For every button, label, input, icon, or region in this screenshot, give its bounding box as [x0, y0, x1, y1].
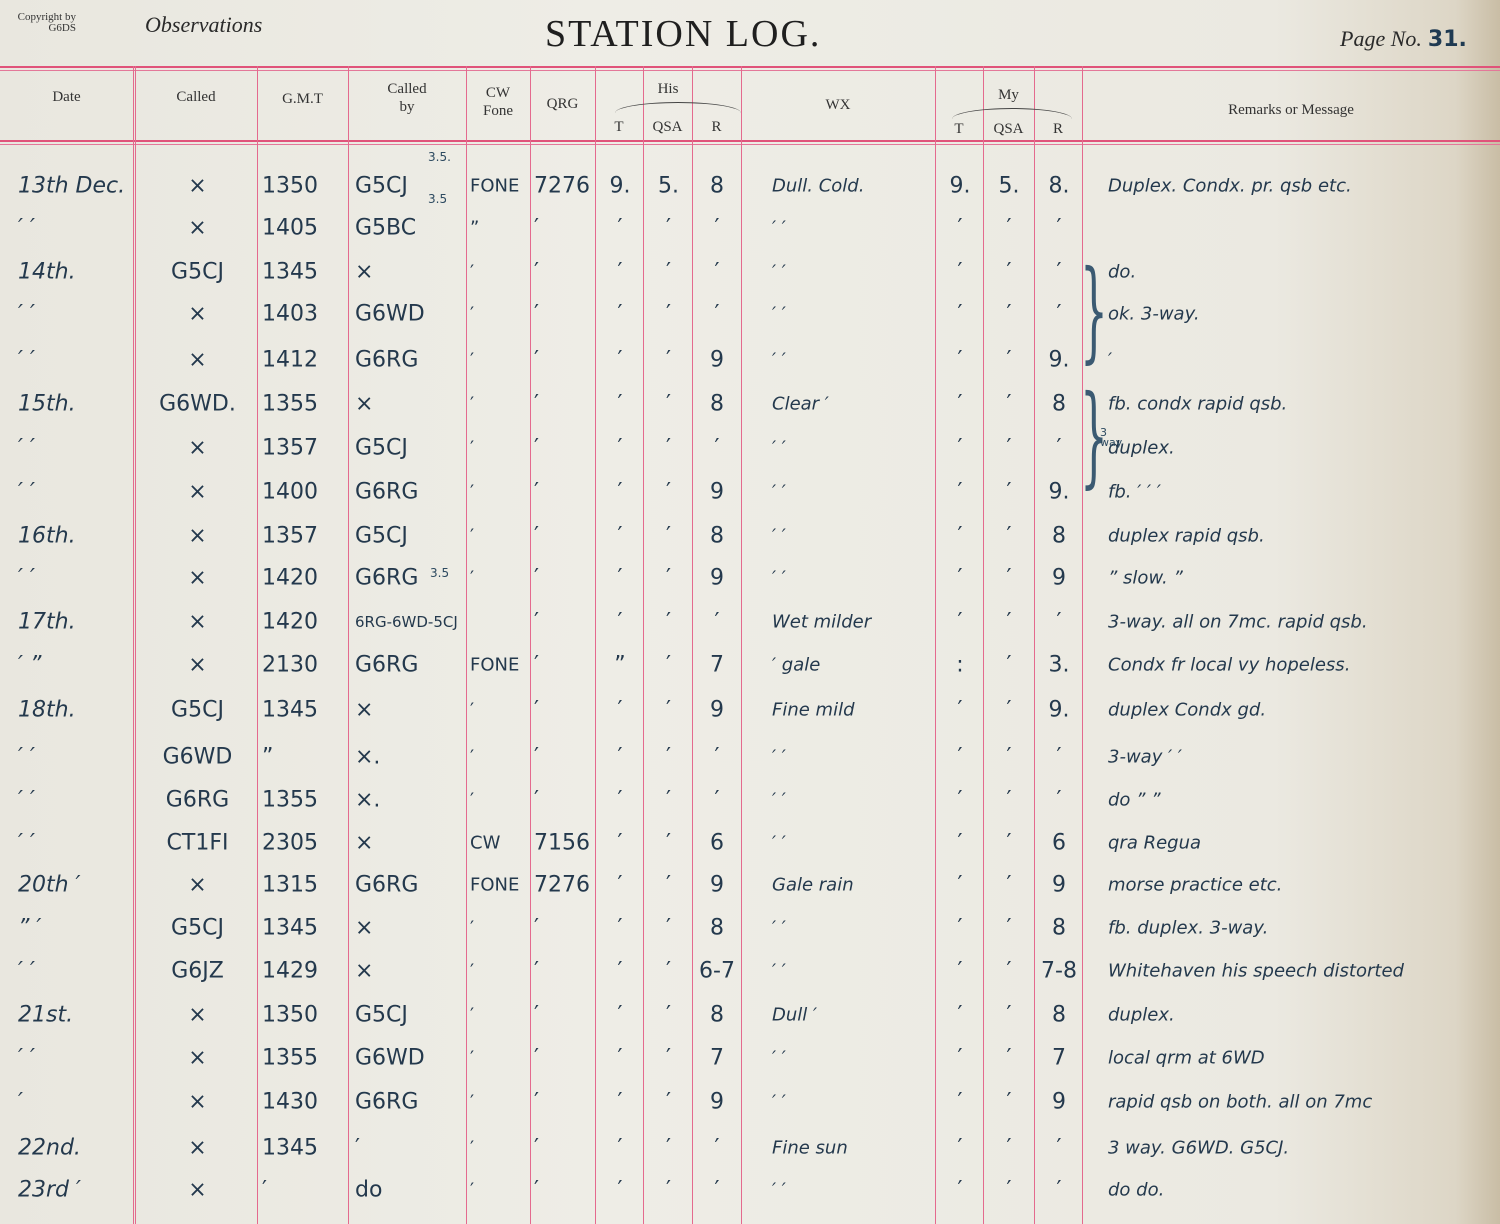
header-top-rule: [0, 66, 1500, 68]
cell-date: ′ ′: [18, 745, 35, 770]
cell-qrg: ′: [534, 959, 539, 984]
cell-gmt: 1357: [262, 524, 318, 549]
cell-remarks: qra Regua: [1108, 833, 1201, 854]
cell-wx: Fine sun: [772, 1138, 848, 1159]
cell-my-t: ′: [937, 610, 983, 635]
cell-my-r: 9.: [1036, 348, 1082, 373]
cell-remarks: duplex Condx gd.: [1108, 700, 1266, 721]
cell-date: 15th.: [18, 392, 76, 417]
cell-gmt: 1357: [262, 436, 318, 461]
cell-my-qsa: ′: [985, 1046, 1033, 1071]
cell-mode: ′: [470, 1005, 474, 1026]
cell-my-r: 3.: [1036, 653, 1082, 678]
col-divider: [692, 66, 693, 1224]
cell-qrg: ′: [534, 788, 539, 813]
cell-his-t: ′: [597, 348, 643, 373]
cell-his-qsa: ′: [645, 873, 692, 898]
page-number: Page No.31.: [1340, 26, 1467, 52]
cell-mode: CW: [470, 833, 500, 854]
col-header-qrg: QRG: [530, 95, 595, 113]
cell-his-qsa: ′: [645, 260, 692, 285]
cell-his-qsa: ′: [645, 348, 692, 373]
cell-his-t: ′: [597, 698, 643, 723]
col-header-called-by-line2: by: [348, 98, 466, 116]
cell-my-r: ′: [1036, 436, 1082, 461]
cell-gmt: 1403: [262, 302, 318, 327]
cell-qrg: ′: [534, 436, 539, 461]
cell-my-t: ′: [937, 959, 983, 984]
cell-his-r: ′: [694, 216, 740, 241]
cell-his-qsa: ′: [645, 916, 692, 941]
cell-my-t: ′: [937, 873, 983, 898]
cell-called-by: ×.: [355, 788, 380, 813]
cell-called-by: G6RG: [355, 1090, 418, 1115]
cell-his-qsa: ′: [645, 653, 692, 678]
cell-qrg: ′: [534, 1178, 539, 1203]
cell-wx: ′ ′: [772, 350, 786, 371]
cell-his-qsa: ′: [645, 610, 692, 635]
cell-date: 16th.: [18, 524, 76, 549]
copyright-notice: Copyright by G6DS: [14, 12, 76, 34]
cell-called-by: G5CJ: [355, 524, 408, 549]
cell-wx: Clear ′: [772, 394, 829, 415]
cell-wx: ′ ′: [772, 262, 786, 283]
col-header-his-qsa: QSA: [643, 118, 692, 136]
cell-my-r: ′: [1036, 302, 1082, 327]
cell-date: ′ ′: [18, 302, 35, 327]
cell-wx: ′ ′: [772, 438, 786, 459]
cell-my-qsa: ′: [985, 610, 1033, 635]
col-header-his-r: R: [692, 118, 741, 136]
cell-his-r: 9: [694, 873, 740, 898]
cell-his-qsa: ′: [645, 745, 692, 770]
cell-his-r: 8: [694, 524, 740, 549]
cell-his-t: ′: [597, 392, 643, 417]
cell-gmt: 1350: [262, 174, 318, 199]
cell-called-by: G5CJ: [355, 436, 408, 461]
cell-his-r: 6-7: [694, 959, 740, 984]
cell-qrg: ′: [534, 1136, 539, 1161]
cell-called-by: G6RG: [355, 566, 418, 591]
cell-mode: ′: [470, 747, 474, 768]
cell-date: 22nd.: [18, 1136, 81, 1161]
cell-gmt: ′: [262, 1178, 267, 1203]
cell-date: ′ ′: [18, 959, 35, 984]
cell-his-r: 8: [694, 916, 740, 941]
cell-wx: ′ ′: [772, 790, 786, 811]
cell-called-by: 6RG-6WD-5CJ: [355, 613, 458, 631]
cell-date: ′ ′: [18, 436, 35, 461]
cell-date: ′ ′: [18, 1046, 35, 1071]
cell-his-r: 8: [694, 1003, 740, 1028]
cell-qrg: ′: [534, 392, 539, 417]
cell-remarks: 3 way. G6WD. G5CJ.: [1108, 1138, 1289, 1159]
cell-date: 18th.: [18, 698, 76, 723]
cell-called: ×: [140, 610, 255, 635]
cell-remarks: duplex.: [1108, 1005, 1175, 1026]
cell-his-qsa: ′: [645, 302, 692, 327]
cell-remarks: Whitehaven his speech distorted: [1108, 961, 1404, 982]
cell-my-qsa: ′: [985, 1178, 1033, 1203]
cell-my-qsa: ′: [985, 1090, 1033, 1115]
cell-date: 21st.: [18, 1003, 73, 1028]
cell-his-qsa: ′: [645, 392, 692, 417]
cell-called-by: ×: [355, 260, 373, 285]
cell-qrg: 7276: [534, 174, 590, 199]
cell-qrg: ′: [534, 698, 539, 723]
cell-my-r: 9: [1036, 566, 1082, 591]
cell-his-qsa: ′: [645, 831, 692, 856]
cell-date: ′ ′: [18, 348, 35, 373]
cell-called: ×: [140, 524, 255, 549]
cell-mode: FONE: [470, 875, 519, 896]
cell-my-t: ′: [937, 916, 983, 941]
cell-called-by: G6WD: [355, 1046, 425, 1071]
cell-remarks: fb. ′ ′ ′: [1108, 482, 1161, 503]
cell-my-r: ′: [1036, 610, 1082, 635]
cell-my-qsa: ′: [985, 260, 1033, 285]
col-divider: [348, 66, 349, 1224]
cell-my-qsa: ′: [985, 831, 1033, 856]
cell-my-qsa: ′: [985, 348, 1033, 373]
cell-his-r: 8: [694, 174, 740, 199]
cell-his-r: 9: [694, 1090, 740, 1115]
cell-gmt: 2305: [262, 831, 318, 856]
cell-my-qsa: ′: [985, 436, 1033, 461]
cell-his-r: ′: [694, 436, 740, 461]
cell-his-qsa: ′: [645, 959, 692, 984]
cell-my-qsa: ′: [985, 566, 1033, 591]
cell-his-qsa: ′: [645, 1046, 692, 1071]
cell-mode: FONE: [470, 176, 519, 197]
col-header-my: My: [935, 86, 1082, 104]
cell-his-t: ′: [597, 610, 643, 635]
cell-date: ′ ”: [18, 653, 41, 678]
cell-his-r: 8: [694, 392, 740, 417]
cell-gmt: 1355: [262, 1046, 318, 1071]
col-divider: [257, 66, 258, 1224]
cell-mode: ′: [470, 350, 474, 371]
cell-my-t: ′: [937, 1136, 983, 1161]
cell-his-r: ′: [694, 610, 740, 635]
cell-mode: ′: [470, 304, 474, 325]
cell-his-r: ′: [694, 745, 740, 770]
cell-his-r: 9: [694, 566, 740, 591]
col-header-date: Date: [0, 88, 133, 106]
cell-qrg: ′: [534, 1046, 539, 1071]
cell-gmt: 1345: [262, 916, 318, 941]
cell-his-qsa: ′: [645, 524, 692, 549]
cell-date: ′ ′: [18, 480, 35, 505]
cell-my-t: ′: [937, 302, 983, 327]
cell-my-t: ′: [937, 260, 983, 285]
col-divider: [935, 66, 936, 1224]
cell-his-r: ′: [694, 260, 740, 285]
cell-called: ×: [140, 348, 255, 373]
cell-qrg: ′: [534, 653, 539, 678]
cell-gmt: 1355: [262, 392, 318, 417]
cell-called-by: G6RG: [355, 653, 418, 678]
cell-my-t: ′: [937, 788, 983, 813]
col-divider: [983, 66, 984, 1224]
cell-gmt: 1350: [262, 1003, 318, 1028]
cell-his-t: 9.: [597, 174, 643, 199]
header-top-rule-2: [0, 70, 1500, 71]
cell-my-t: ′: [937, 1090, 983, 1115]
cell-date: ′: [18, 1090, 23, 1115]
cell-my-t: ′: [937, 1003, 983, 1028]
cell-my-r: 7-8: [1036, 959, 1082, 984]
cell-gmt: 1315: [262, 873, 318, 898]
cell-mode: ′: [470, 1138, 474, 1159]
cell-date: ′ ′: [18, 216, 35, 241]
cell-wx: ′ ′: [772, 747, 786, 768]
cell-his-qsa: ′: [645, 788, 692, 813]
cell-wx: Fine mild: [772, 700, 855, 721]
cell-remarks: Duplex. Condx. pr. qsb etc.: [1108, 176, 1352, 197]
cell-remarks: local qrm at 6WD: [1108, 1048, 1265, 1069]
cell-wx: ′ ′: [772, 961, 786, 982]
cell-date: ′ ′: [18, 566, 35, 591]
cell-my-t: ′: [937, 216, 983, 241]
cell-my-t: ′: [937, 524, 983, 549]
cell-qrg: ′: [534, 302, 539, 327]
cell-called: G6WD.: [140, 392, 255, 417]
cell-date: 20th ′: [18, 873, 81, 898]
cell-his-t: ′: [597, 480, 643, 505]
cell-wx: ′ ′: [772, 918, 786, 939]
cell-my-t: :: [937, 653, 983, 678]
col-header-his-t: T: [595, 118, 643, 136]
cell-his-t: ′: [597, 524, 643, 549]
cell-mode: ′: [470, 790, 474, 811]
cell-my-qsa: ′: [985, 216, 1033, 241]
cell-date: ′ ′: [18, 831, 35, 856]
cell-mode: ′: [470, 568, 474, 589]
cell-his-qsa: ′: [645, 698, 692, 723]
cell-my-r: 9: [1036, 873, 1082, 898]
cell-called: ×: [140, 216, 255, 241]
cell-called: G6JZ: [140, 959, 255, 984]
cell-my-t: ′: [937, 480, 983, 505]
cell-qrg: ′: [534, 610, 539, 635]
header-bottom-rule-2: [0, 144, 1500, 145]
col-divider: [1082, 66, 1083, 1224]
cell-called: ×: [140, 1046, 255, 1071]
cell-my-qsa: ′: [985, 698, 1033, 723]
cell-called: ×: [140, 436, 255, 461]
cell-remarks: fb. condx rapid qsb.: [1108, 394, 1287, 415]
cell-called-by: G5CJ: [355, 1003, 408, 1028]
cell-his-qsa: ′: [645, 480, 692, 505]
cell-gmt: 1420: [262, 610, 318, 635]
cell-gmt: 1405: [262, 216, 318, 241]
cell-his-t: ′: [597, 436, 643, 461]
cell-gmt: 1429: [262, 959, 318, 984]
cell-wx: ′ ′: [772, 304, 786, 325]
cell-my-qsa: ′: [985, 480, 1033, 505]
cell-called-by: G6RG: [355, 480, 418, 505]
band-note: 3.5.: [428, 150, 451, 164]
cell-remarks: morse practice etc.: [1108, 875, 1282, 896]
cell-my-qsa: ′: [985, 653, 1033, 678]
his-brace: [615, 102, 741, 113]
cell-date: 17th.: [18, 610, 76, 635]
cell-called-by: do: [355, 1178, 382, 1203]
cell-remarks: ” slow. ”: [1108, 568, 1183, 589]
cell-called-by: ×: [355, 959, 373, 984]
cell-mode: ′: [470, 438, 474, 459]
page-number-label: Page No.: [1340, 26, 1422, 51]
cell-called-by: ×: [355, 916, 373, 941]
my-brace: [952, 108, 1072, 119]
cell-wx: Dull. Cold.: [772, 176, 864, 197]
cell-his-qsa: ′: [645, 566, 692, 591]
cell-his-t: ′: [597, 1046, 643, 1071]
cell-his-qsa: ′: [645, 1003, 692, 1028]
cell-wx: ′ ′: [772, 1048, 786, 1069]
cell-called: G6WD: [140, 745, 255, 770]
cell-mode: ′: [470, 482, 474, 503]
page-title: STATION LOG.: [545, 12, 821, 56]
cell-remarks: ′: [1108, 350, 1112, 371]
cell-mode: ′: [470, 700, 474, 721]
cell-qrg: ′: [534, 566, 539, 591]
cell-called: ×: [140, 1178, 255, 1203]
cell-called-by: G6RG: [355, 873, 418, 898]
page-number-value: 31.: [1428, 27, 1467, 52]
cell-my-t: ′: [937, 831, 983, 856]
cell-his-t: ′: [597, 916, 643, 941]
cell-remarks: duplex rapid qsb.: [1108, 526, 1265, 547]
cell-gmt: 1345: [262, 260, 318, 285]
cell-my-qsa: ′: [985, 392, 1033, 417]
cell-his-t: ′: [597, 873, 643, 898]
cell-remarks: rapid qsb on both. all on 7mc: [1108, 1092, 1372, 1113]
cell-qrg: 7276: [534, 873, 590, 898]
cell-my-qsa: ′: [985, 959, 1033, 984]
cell-my-qsa: ′: [985, 788, 1033, 813]
cell-called-by: G6RG: [355, 348, 418, 373]
cell-date: ′ ′: [18, 788, 35, 813]
log-page: Copyright by G6DS Observations STATION L…: [0, 0, 1500, 1224]
band-note: 3.5: [428, 192, 447, 206]
cell-my-r: 6: [1036, 831, 1082, 856]
cell-gmt: 1412: [262, 348, 318, 373]
cell-remarks: do do.: [1108, 1180, 1164, 1201]
cell-my-r: 8: [1036, 1003, 1082, 1028]
col-header-called-by-line1: Called: [348, 80, 466, 98]
cell-my-r: 9.: [1036, 480, 1082, 505]
cell-called: G6RG: [140, 788, 255, 813]
cell-qrg: ′: [534, 480, 539, 505]
cell-my-r: ′: [1036, 788, 1082, 813]
cell-called-by: G5BC: [355, 216, 416, 241]
cell-wx: ′ ′: [772, 482, 786, 503]
cell-remarks: ok. 3-way.: [1108, 304, 1200, 325]
cell-my-t: ′: [937, 745, 983, 770]
cell-my-r: ′: [1036, 260, 1082, 285]
cell-called: ×: [140, 302, 255, 327]
cell-date: 13th Dec.: [18, 174, 125, 199]
cell-gmt: 1355: [262, 788, 318, 813]
cell-his-r: 7: [694, 653, 740, 678]
cell-remarks: fb. duplex. 3-way.: [1108, 918, 1268, 939]
cell-his-t: ′: [597, 831, 643, 856]
col-divider: [133, 66, 136, 1224]
observations-label: Observations: [145, 12, 262, 38]
cell-wx: ′ gale: [772, 655, 820, 676]
brace-note-15th: 3 way: [1100, 428, 1120, 448]
cell-his-t: ′: [597, 302, 643, 327]
cell-my-qsa: ′: [985, 745, 1033, 770]
cell-his-t: ′: [597, 260, 643, 285]
cell-mode: ′: [470, 1048, 474, 1069]
cell-my-qsa: ′: [985, 524, 1033, 549]
cell-his-t: ′: [597, 1136, 643, 1161]
cell-mode: ′: [470, 1180, 474, 1201]
cell-his-r: 9: [694, 348, 740, 373]
cell-qrg: ′: [534, 916, 539, 941]
cell-his-t: ′: [597, 1178, 643, 1203]
cell-gmt: ”: [262, 745, 273, 770]
col-header-my-qsa: QSA: [983, 120, 1034, 138]
cell-date: 23rd ′: [18, 1178, 81, 1203]
cell-his-t: ′: [597, 745, 643, 770]
cell-my-t: ′: [937, 436, 983, 461]
cell-gmt: 1400: [262, 480, 318, 505]
cell-qrg: ′: [534, 348, 539, 373]
col-divider: [741, 66, 742, 1224]
cell-my-t: ′: [937, 698, 983, 723]
cell-mode: ′: [470, 262, 474, 283]
cell-called: ×: [140, 480, 255, 505]
cell-called-by: ×: [355, 831, 373, 856]
col-header-gmt: G.M.T: [257, 90, 348, 108]
cell-called: ×: [140, 566, 255, 591]
cell-his-r: 9: [694, 480, 740, 505]
col-header-my-t: T: [935, 120, 983, 138]
cell-his-r: 9: [694, 698, 740, 723]
cell-mode: ′: [470, 961, 474, 982]
cell-my-r: ′: [1036, 216, 1082, 241]
cell-called-by: ×.: [355, 745, 380, 770]
cell-my-qsa: ′: [985, 1136, 1033, 1161]
cell-called-by: G6WD: [355, 302, 425, 327]
cell-wx: ′ ′: [772, 1092, 786, 1113]
cell-his-r: ′: [694, 1178, 740, 1203]
cell-qrg: ′: [534, 745, 539, 770]
cell-remarks: do.: [1108, 262, 1136, 283]
col-divider: [643, 66, 644, 1224]
col-header-my-r: R: [1034, 120, 1082, 138]
col-divider: [466, 66, 467, 1224]
col-header-called-by: Called by: [348, 80, 466, 116]
cell-his-qsa: ′: [645, 1178, 692, 1203]
cell-called: G5CJ: [140, 916, 255, 941]
cell-called-by: ×: [355, 698, 373, 723]
cell-my-r: 8: [1036, 392, 1082, 417]
cell-my-t: ′: [937, 348, 983, 373]
cell-called: ×: [140, 1003, 255, 1028]
cell-wx: ′ ′: [772, 526, 786, 547]
cell-his-qsa: ′: [645, 1136, 692, 1161]
header-bottom-rule: [0, 140, 1500, 142]
col-divider: [1034, 66, 1035, 1224]
cell-my-r: 9: [1036, 1090, 1082, 1115]
cell-his-t: ′: [597, 1003, 643, 1028]
cell-called: ×: [140, 1136, 255, 1161]
